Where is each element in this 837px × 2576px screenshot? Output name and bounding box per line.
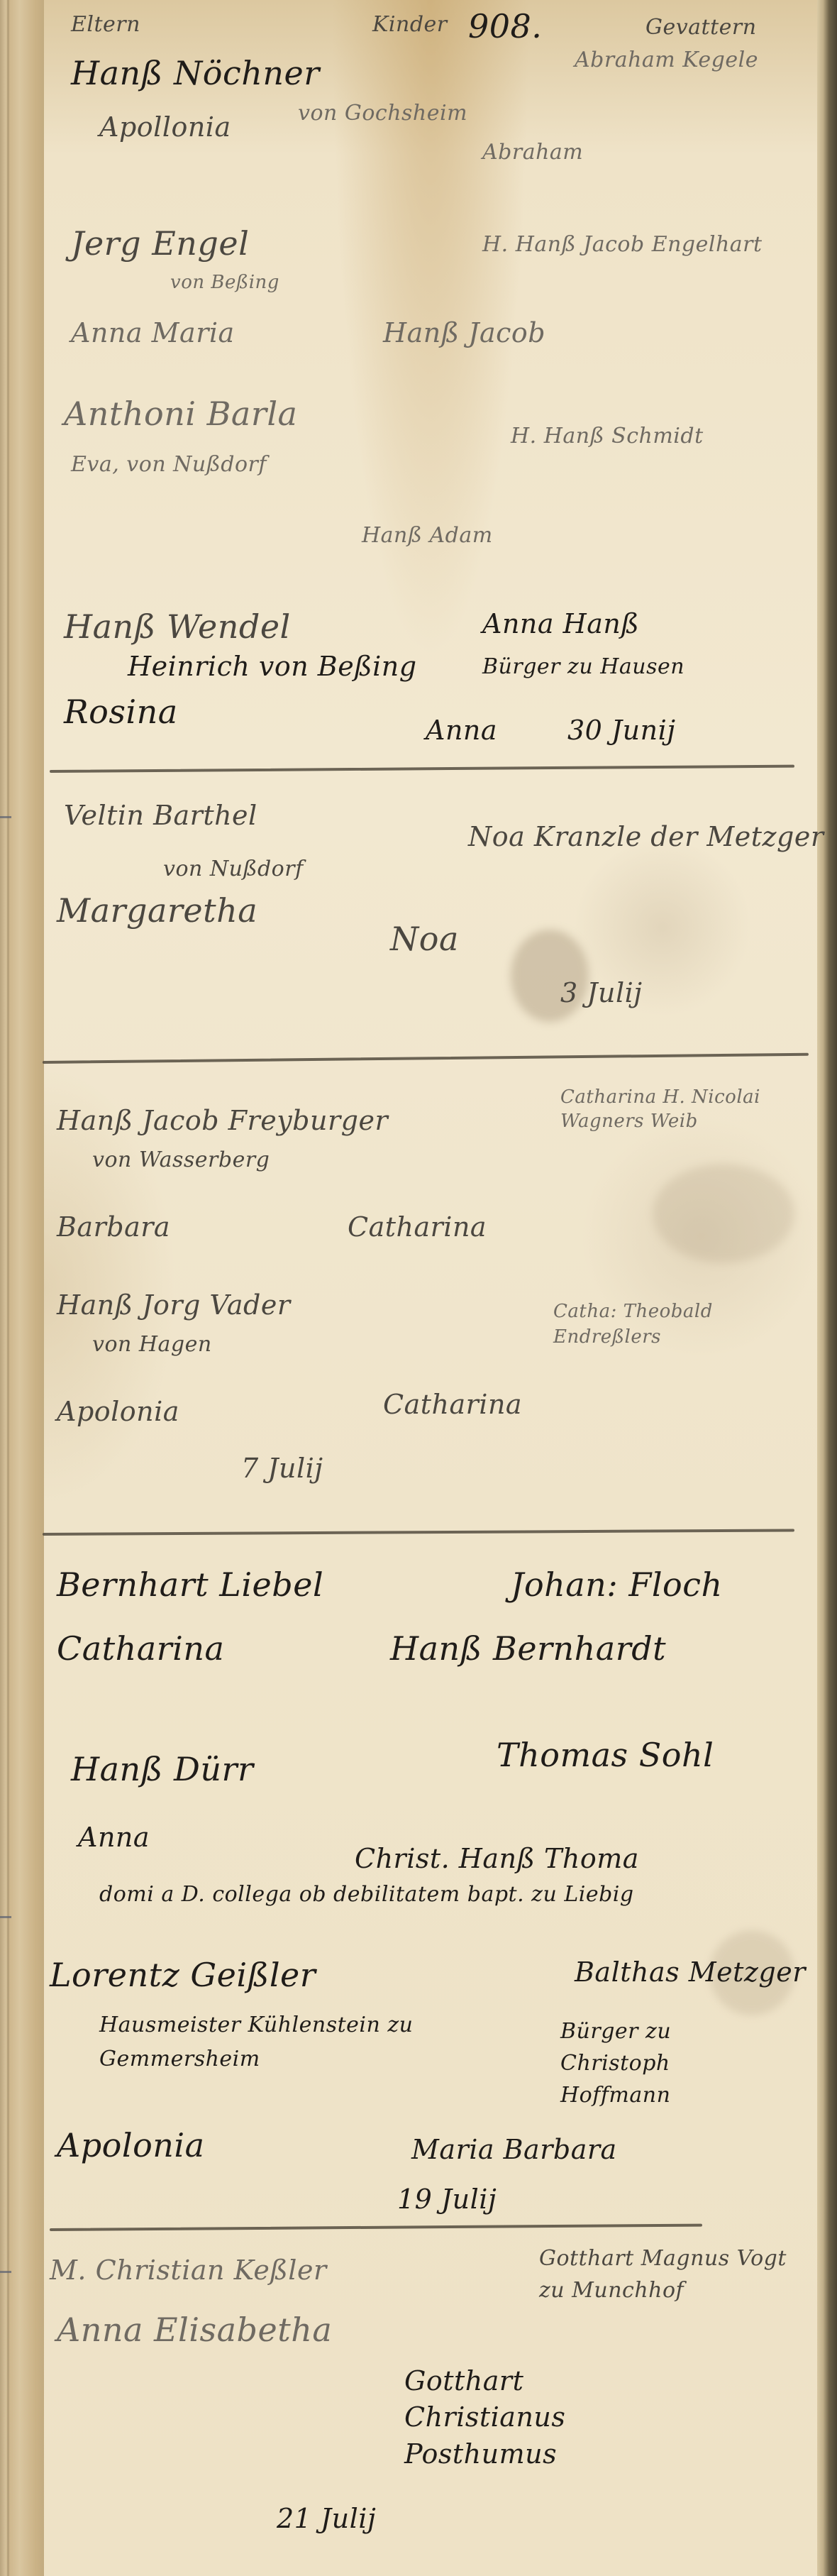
entry-child: Catharina	[348, 1213, 487, 1240]
entry-mother: Apolonia	[57, 1398, 179, 1425]
entry-origin: Heinrich von Beßing	[128, 653, 417, 680]
entry-mother: Margaretha	[57, 894, 257, 927]
entry-child: Gotthart Christianus Posthumus	[404, 2363, 603, 2472]
entry-date: 19 Julij	[397, 2186, 497, 2213]
entry-mother: Apolonia	[57, 2129, 205, 2162]
entry-father: Jerg Engel	[71, 227, 249, 260]
manuscript-scan: Eltern Kinder 908. Gevattern Hanß Nöchne…	[0, 0, 837, 2576]
entry-child: Maria Barbara	[411, 2136, 617, 2163]
entry-godparent: H. Hanß Schmidt	[511, 426, 704, 447]
entry-child: Hanß Adam	[362, 525, 493, 546]
header-children-label: Kinder	[372, 14, 448, 35]
entry-godparent: Catharina H. Nicolai Wagners Weib	[560, 1086, 802, 1134]
ink-bleed-stain	[653, 1164, 794, 1263]
entry-date: 3 Julij	[560, 979, 643, 1006]
entry-date: 7 Julij	[241, 1455, 323, 1482]
entry-child: Noa	[390, 923, 459, 955]
header-parents-label: Eltern	[71, 14, 140, 35]
entry-father: Hanß Jorg Vader	[57, 1292, 291, 1319]
entry-date: 21 Julij	[277, 2505, 376, 2532]
entry-godparent: Bürger zu Christoph Hoffmann	[560, 2015, 787, 2111]
entry-child: Catharina	[383, 1391, 522, 1418]
entry-child: Hanß Jacob	[383, 319, 545, 346]
entry-father: M. Christian Keßler	[50, 2257, 327, 2284]
entry-godparent: Noa Kranzle der Metzger	[468, 823, 824, 850]
entry-godparent: Bürger zu Hausen	[482, 656, 684, 678]
entry-origin: von Gochsheim	[298, 103, 467, 124]
entry-mother: Eva, von Nußdorf	[71, 454, 267, 475]
entry-father: Lorentz Geißler	[50, 1959, 316, 1991]
entry-father: Hanß Jacob Freyburger	[57, 1107, 388, 1134]
entry-child: Hanß Bernhardt	[390, 1632, 666, 1665]
margin-mark	[0, 2271, 11, 2273]
entry-origin: Hausmeister Kühlenstein zu Gemmersheim	[99, 2008, 497, 2076]
book-binding	[0, 0, 45, 2576]
entry-mother: Anna Maria	[71, 319, 235, 346]
entry-father: Veltin Barthel	[64, 802, 257, 829]
header-godparents-label: Gevattern	[645, 17, 757, 38]
entry-mother: Catharina	[57, 1632, 224, 1665]
entry-godparent: Balthas Metzger	[575, 1959, 806, 1986]
book-edge	[817, 0, 837, 2576]
entry-mother: Barbara	[57, 1213, 170, 1240]
entry-mother: Anna Elisabetha	[57, 2313, 332, 2346]
entry-godparent: Johan: Floch	[511, 1568, 723, 1601]
entry-godparent: Gotthart Magnus Vogt zu Munchhof	[539, 2242, 794, 2306]
entry-origin: von Hagen	[92, 1334, 212, 1355]
page-number: 908.	[468, 10, 542, 43]
entry-child: Anna	[426, 717, 497, 744]
entry-father: Bernhart Liebel	[57, 1568, 323, 1601]
entry-godparent: Thomas Sohl	[497, 1739, 714, 1771]
entry-father: Anthoni Barla	[64, 397, 297, 430]
entry-date: 30 Junij	[567, 717, 676, 744]
entry-father: Hanß Wendel	[64, 610, 291, 643]
entry-mother: Anna	[78, 1824, 150, 1851]
entry-origin: von Nußdorf	[163, 859, 304, 880]
entry-godparent: Abraham	[482, 142, 583, 163]
entry-godparent: Abraham Kegele	[575, 50, 758, 71]
entry-godparent: Catha: Theobald Endreßlers	[553, 1299, 794, 1350]
entry-child: Christ. Hanß Thoma	[355, 1845, 639, 1872]
entry-origin: von Beßing	[170, 273, 279, 292]
entry-mother: Rosina	[64, 695, 178, 728]
entry-godparent: H. Hanß Jacob Engelhart	[482, 234, 763, 255]
entry-godparent: Anna Hanß	[482, 610, 639, 637]
entry-father: Hanß Dürr	[71, 1753, 254, 1785]
entry-note: domi a D. collega ob debilitatem bapt. z…	[99, 1884, 634, 1905]
entry-father: Hanß Nöchner	[71, 57, 320, 89]
margin-mark	[0, 1916, 11, 1918]
entry-mother: Apollonia	[99, 114, 231, 141]
entry-origin: von Wasserberg	[92, 1150, 270, 1171]
margin-mark	[0, 816, 11, 818]
